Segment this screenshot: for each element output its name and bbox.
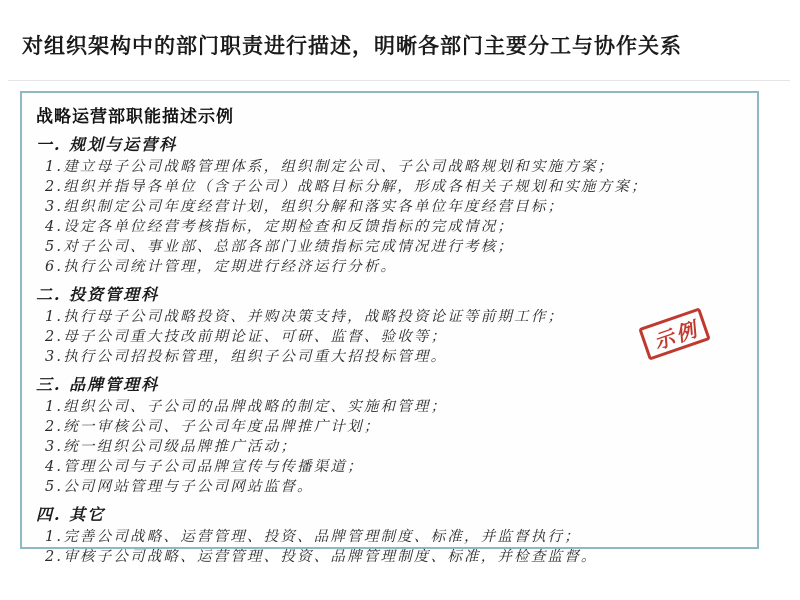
section-item: 2.组织并指导各单位（含子公司）战略目标分解，形成各相关子规划和实施方案； — [34, 177, 745, 197]
section-header: 二. 投资管理科 — [36, 285, 745, 305]
section-item: 5.对子公司、事业部、总部各部门业绩指标完成情况进行考核； — [34, 237, 745, 257]
function-description-box: 战略运营部职能描述示例 一. 规划与运营科1.建立母子公司战略管理体系，组织制定… — [20, 91, 759, 549]
section-header: 一. 规划与运营科 — [36, 135, 745, 155]
section-item: 1.组织公司、子公司的品牌战略的制定、实施和管理； — [34, 397, 745, 417]
section: 四. 其它1.完善公司战略、运营管理、投资、品牌管理制度、标准，并监督执行；2.… — [34, 505, 745, 567]
section-item: 2.统一审核公司、子公司年度品牌推广计划； — [34, 417, 745, 437]
section-item: 1.完善公司战略、运营管理、投资、品牌管理制度、标准，并监督执行； — [34, 527, 745, 547]
section-item: 3.执行公司招投标管理，组织子公司重大招投标管理。 — [34, 347, 745, 367]
section-item: 3.组织制定公司年度经营计划，组织分解和落实各单位年度经营目标； — [34, 197, 745, 217]
section-item: 6.执行公司统计管理，定期进行经济运行分析。 — [34, 257, 745, 277]
section-item: 2.审核子公司战略、运营管理、投资、品牌管理制度、标准，并检查监督。 — [34, 547, 745, 567]
section-item: 1.执行母子公司战略投资、并购决策支持，战略投资论证等前期工作； — [34, 307, 745, 327]
section: 一. 规划与运营科1.建立母子公司战略管理体系，组织制定公司、子公司战略规划和实… — [34, 135, 745, 277]
presentation-slide: 对组织架构中的部门职责进行描述，明晰各部门主要分工与协作关系 战略运营部职能描述… — [0, 0, 800, 600]
section-item: 1.建立母子公司战略管理体系，组织制定公司、子公司战略规划和实施方案； — [34, 157, 745, 177]
page-title: 对组织架构中的部门职责进行描述，明晰各部门主要分工与协作关系 — [22, 34, 762, 60]
section-item: 5.公司网站管理与子公司网站监督。 — [34, 477, 745, 497]
section-item: 4.设定各单位经营考核指标，定期检查和反馈指标的完成情况； — [34, 217, 745, 237]
box-heading: 战略运营部职能描述示例 — [36, 102, 745, 127]
section: 三. 品牌管理科1.组织公司、子公司的品牌战略的制定、实施和管理；2.统一审核公… — [34, 375, 745, 497]
section-item: 4.管理公司与子公司品牌宣传与传播渠道； — [34, 457, 745, 477]
section: 二. 投资管理科1.执行母子公司战略投资、并购决策支持，战略投资论证等前期工作；… — [34, 285, 745, 367]
title-divider — [8, 80, 790, 81]
section-header: 四. 其它 — [36, 505, 745, 525]
sections-container: 一. 规划与运营科1.建立母子公司战略管理体系，组织制定公司、子公司战略规划和实… — [34, 135, 745, 567]
section-header: 三. 品牌管理科 — [36, 375, 745, 395]
section-item: 3.统一组织公司级品牌推广活动； — [34, 437, 745, 457]
